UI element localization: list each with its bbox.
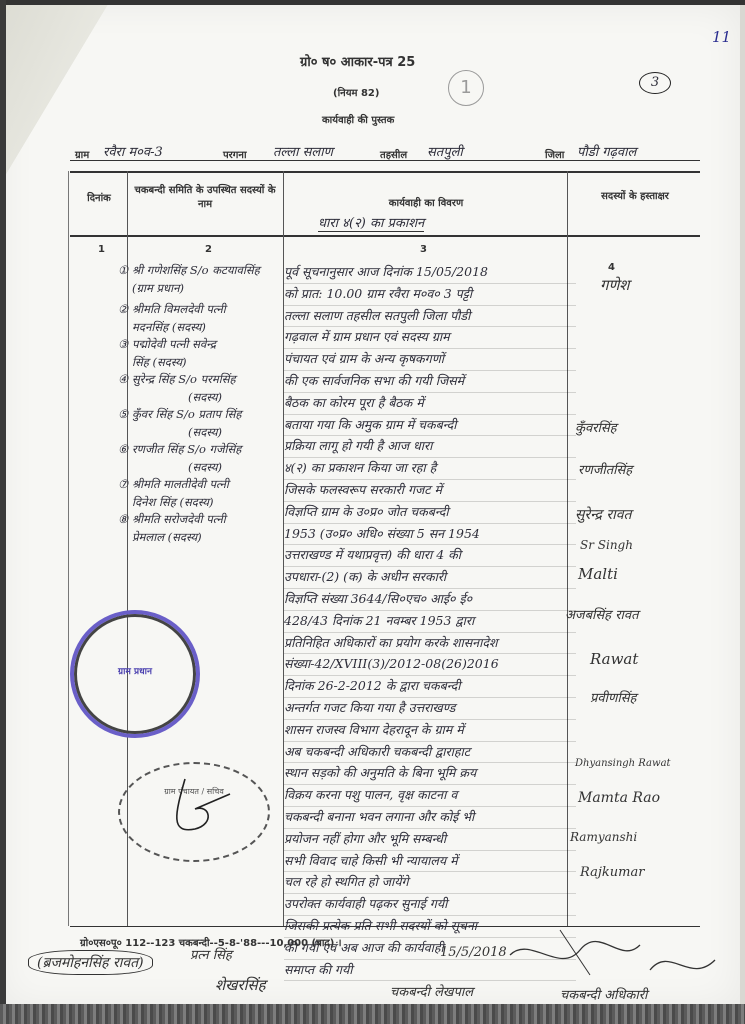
- member-line: मदनसिंह (सदस्य): [118, 319, 286, 337]
- proceedings-line: पंचायत एवं ग्राम के अन्य कृषकगणों: [284, 349, 576, 371]
- proceedings-line: दिनांक 26-2-2012 के द्वारा चकबन्दी: [284, 676, 576, 698]
- member-line: ⑤ कुँवर सिंह S/o प्रताप सिंह: [118, 406, 286, 424]
- proceedings-text: पूर्व सूचनानुसार आज दिनांक 15/05/2018को …: [284, 262, 576, 981]
- proceedings-line: चकबन्दी बनाना भवन लगाना और कोई भी: [284, 807, 576, 829]
- pargana-value: तल्ला सलाण: [273, 142, 333, 160]
- proceedings-line: उपधारा-(2) (क) के अधीन सरकारी: [284, 567, 576, 589]
- scan-edge-top: [0, 0, 745, 5]
- col-header-date: दिनांक: [72, 192, 126, 206]
- district-label: जिला: [545, 147, 564, 161]
- member-line: दिनेश सिंह (सदस्य): [118, 494, 286, 512]
- district-value: पौडी गढ़वाल: [577, 142, 636, 160]
- member-line: ② श्रीमति विमलदेवी पत्नी: [118, 301, 286, 319]
- member-signature: गणेश: [600, 275, 630, 295]
- village-value: रवैरा म०व-3: [103, 142, 163, 160]
- col-number-1: 1: [98, 244, 105, 255]
- oval-stamp: ग्राम पंचायत / सचिव: [118, 762, 270, 862]
- member-signature: Sr Singh: [580, 538, 633, 552]
- proceedings-line: शासन राजस्व विभाग देहरादून के ग्राम में: [284, 720, 576, 742]
- col-header-proceedings: कार्यवाही का विवरण: [290, 197, 562, 211]
- member-signature: अजबसिंह रावत: [565, 605, 639, 623]
- member-line: (सदस्य): [118, 424, 286, 442]
- col-number-4: 4: [608, 262, 615, 273]
- footer-signature-date: 15/5/2018: [440, 945, 507, 960]
- proceedings-line: प्रतिनिहित अधिकारों का प्रयोग करके शासना…: [284, 633, 576, 655]
- members-list: ① श्री गणेशसिंह S/o कटयावसिंह (ग्राम प्र…: [118, 262, 286, 546]
- page-mark-blue: 11: [712, 28, 731, 46]
- scan-edge-left: [0, 0, 6, 1024]
- footer-signature-scribbles: [500, 925, 740, 995]
- member-line: ⑥ रणजीत सिंह S/o गजेसिंह: [118, 441, 286, 459]
- member-line: सिंह (सदस्य): [118, 354, 286, 372]
- member-line: ⑦ श्रीमति मालतीदेवी पत्नी: [118, 476, 286, 494]
- proceedings-line: अब चकबन्दी अधिकारी चकबन्दी द्वाराहाट: [284, 742, 576, 764]
- round-stamp: ग्राम प्रधान: [70, 610, 200, 738]
- location-underline: [70, 160, 700, 161]
- member-line: (सदस्य): [118, 389, 286, 407]
- proceedings-line: 1953 (उ०प्र० अधि० संख्या 5 सन 1954: [284, 524, 576, 546]
- footer-name-2: प्रत्न सिंह: [190, 945, 232, 963]
- proceedings-line: विज्ञप्ति संख्या 3644/सि०एच० आई० ई०: [284, 589, 576, 611]
- form-code: ग्रो० ष० आकार-पत्र 25: [300, 52, 415, 70]
- member-line: प्रेमलाल (सदस्य): [118, 529, 286, 547]
- col-number-3: 3: [420, 244, 427, 255]
- member-line: (सदस्य): [118, 459, 286, 477]
- member-line: (ग्राम प्रधान): [118, 280, 286, 298]
- member-signature: Mamta Rao: [578, 790, 660, 806]
- stamp-signature-scribble: [165, 774, 235, 844]
- table-top-border: [70, 171, 700, 173]
- proceedings-line: की एक सार्वजनिक सभा की गयी जिसमें: [284, 371, 576, 393]
- proceedings-line: बताया गया कि अमुक ग्राम में चकबन्दी: [284, 415, 576, 437]
- proceedings-line: प्रक्रिया लागू हो गयी है आज धारा: [284, 436, 576, 458]
- member-signature: प्रवीणसिंह: [590, 688, 636, 706]
- proceedings-line: पूर्व सूचनानुसार आज दिनांक 15/05/2018: [284, 262, 576, 284]
- document-title: कार्यवाही की पुस्तक: [322, 112, 394, 126]
- col-header-signatures: सदस्यों के हस्ताक्षर: [572, 190, 698, 204]
- proceedings-line: सभी विवाद चाहे किसी भी न्यायालय में: [284, 851, 576, 873]
- rule-number: (नियम 82): [333, 85, 379, 99]
- proceedings-line: तल्ला सलाण तहसील सतपुली जिला पौडी: [284, 306, 576, 328]
- member-signature: Dhyansingh Rawat: [575, 758, 671, 769]
- member-signature: Rawat: [590, 650, 638, 668]
- proceedings-line: उपरोक्त कार्यवाही पढ़कर सुनाई गयी: [284, 894, 576, 916]
- proceedings-line: उत्तराखण्ड में यथाप्रवृत्त) की धारा 4 की: [284, 545, 576, 567]
- tehsil-label: तहसील: [380, 147, 407, 161]
- proceedings-line: बैठक का कोरम पूरा है बैठक में: [284, 393, 576, 415]
- proceedings-line: जिसके फलस्वरूप सरकारी गजट में: [284, 480, 576, 502]
- footer-name-1: (ब्रजमोहनसिंह रावत): [28, 950, 153, 975]
- village-label: ग्राम: [75, 147, 89, 161]
- col-header-members: चकबन्दी समिति के उपस्थित सदस्यों के नाम: [130, 184, 280, 212]
- tehsil-value: सतपुली: [427, 142, 463, 160]
- member-signature: Ramyanshi: [570, 830, 637, 844]
- proceedings-line: ४(२) का प्रकाशन किया जा रहा है: [284, 458, 576, 480]
- member-line: ⑧ श्रीमति सरोजदेवी पत्नी: [118, 511, 286, 529]
- proceedings-line: अन्तर्गत गजट किया गया है उत्तराखण्ड: [284, 698, 576, 720]
- member-signature: सुरेन्द्र रावत: [575, 505, 632, 524]
- member-signature: रणजीतसिंह: [578, 460, 632, 478]
- member-line: ③ पद्मोदेवी पत्नी सवेन्द्र: [118, 336, 286, 354]
- round-stamp-text: ग्राम प्रधान: [74, 664, 196, 677]
- proceedings-line: चल रहे हो स्थगित हो जायेंगे: [284, 872, 576, 894]
- member-line: ④ सुरेन्द्र सिंह S/o परमसिंह: [118, 371, 286, 389]
- member-signature: कुँवरसिंह: [575, 418, 617, 436]
- proceedings-subtitle: धारा ४(२) का प्रकाशन: [318, 213, 424, 232]
- scan-edge-bottom: [0, 1004, 745, 1024]
- member-signature: Rajkumar: [580, 865, 644, 880]
- proceedings-line: को प्रात: 10.00 ग्राम रवैरा म०व० 3 पट्टी: [284, 284, 576, 306]
- proceedings-line: गढ़वाल में ग्राम प्रधान एवं सदस्य ग्राम: [284, 327, 576, 349]
- member-signature: Malti: [578, 565, 618, 583]
- table-header-border: [70, 235, 700, 237]
- proceedings-line: प्रयोजन नहीं होगा और भूमि सम्बन्धी: [284, 829, 576, 851]
- table-left-border: [68, 171, 69, 926]
- proceedings-line: 428/43 दिनांक 21 नवम्बर 1953 द्वारा: [284, 611, 576, 633]
- page-mark-circled-left: 1: [448, 70, 484, 106]
- footer-name-3: शेखरसिंह: [215, 975, 266, 995]
- footer-name-4: चकबन्दी लेखपाल: [390, 982, 473, 1000]
- proceedings-line: विक्रय करना पशु पालन, वृक्ष काटना व: [284, 785, 576, 807]
- page-mark-circled-right: 3: [639, 72, 671, 94]
- proceedings-line: संख्या-42/XVIII(3)/2012-08(26)2016: [284, 654, 576, 676]
- proceedings-line: विज्ञप्ति ग्राम के उ०प्र० जोत चकबन्दी: [284, 502, 576, 524]
- pargana-label: परगना: [223, 147, 247, 161]
- col-number-2: 2: [205, 244, 212, 255]
- member-line: ① श्री गणेशसिंह S/o कटयावसिंह: [118, 262, 286, 280]
- proceedings-line: स्थान सड़को की अनुमति के बिना भूमि क्रय: [284, 763, 576, 785]
